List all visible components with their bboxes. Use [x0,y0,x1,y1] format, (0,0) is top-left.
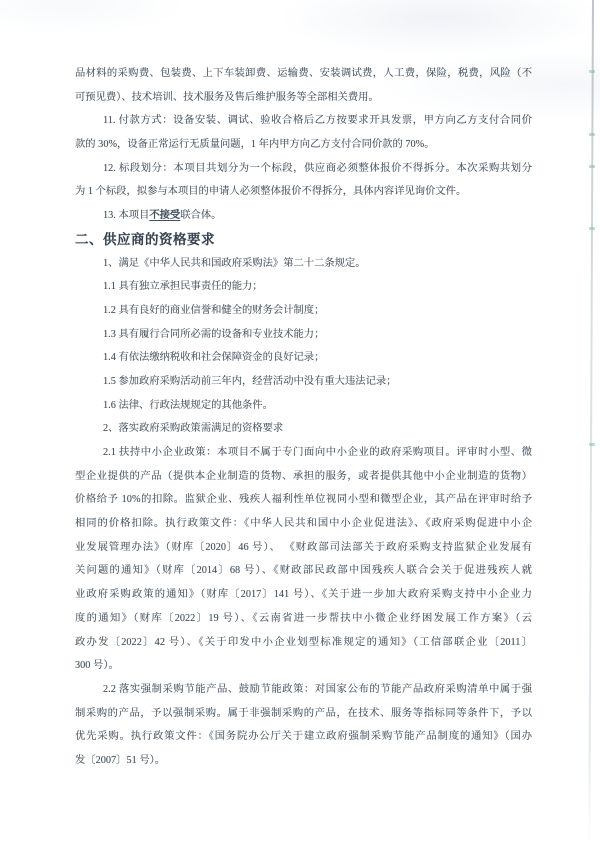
scan-tick-mark [589,165,595,168]
document-line: 制采购的产品，予以强制采购。属于非强制采购的产品，在技术、服务等指标同等条件下，… [75,702,532,726]
document-line: 300 号）。 [75,654,532,678]
document-line: 1.2 具有良好的商业信誉和健全的财务会计制度； [75,299,532,323]
document-line-sme-policy: 2.1 扶持中小企业政策：本项目不属于专门面向中小企业的政府采购项目。评审时小型… [75,441,532,465]
document-line-lot-division: 12. 标段划分：本项目共划分为一个标段，供应商必须整体报价不得拆分。本次采购共… [75,157,532,181]
document-line: 1、满足《中华人民共和国政府采购法》第二十二条规定。 [75,252,532,276]
clause-suffix: 联合体。 [180,210,221,221]
scan-tick-mark [589,443,595,446]
document-line: 业政府采购政策的通知》（财库〔2017〕141 号）、《关于进一步加大政府采购支… [75,583,532,607]
document-line: 1.1 具有独立承担民事责任的能力； [75,275,532,299]
document-line: 1.4 有依法缴纳税收和社会保障资金的良好记录； [75,346,532,370]
document-line: 品材料的采购费、包装费、上下车装卸费、运输费、安装调试费，人工费，保险，税费，风… [75,62,532,86]
document-body: 品材料的采购费、包装费、上下车装卸费、运输费、安装调试费，人工费，保险，税费，风… [75,62,532,773]
document-line: 度的通知》（财库〔2022〕19 号）、《云南省进一步帮扶中小微企业纾困发展工作… [75,607,532,631]
scan-tick-mark [589,133,595,136]
clause-prefix: 13. 本项目 [103,210,149,221]
emphasis-underlined-text: 不接受 [149,210,180,221]
document-line-policy-requirements: 2、落实政府采购政策需满足的资格要求 [75,417,532,441]
document-line: 优先采购。执行政策文件：《国务院办公厅关于建立政府强制采购节能产品制度的通知》（… [75,725,532,749]
document-line: 相同的价格扣除。执行政策文件：《中华人民共和国中小企业促进法》、《政府采购促进中… [75,512,532,536]
scan-tick-mark [589,227,595,230]
document-line: 关问题的通知》（财库〔2014〕68 号）、《财政部民政部中国残疾人联合会关于促… [75,559,532,583]
document-line: 发〔2007〕51 号）。 [75,749,532,773]
document-line: 政办发〔2022〕42 号）、《关于印发中小企业划型标准规定的通知》（工信部联企… [75,631,532,655]
document-line: 可预见费）、技术培训、技术服务及售后维护服务等全部相关费用。 [75,86,532,110]
document-line: 业发展管理办法》（财库〔2020〕46 号）、 《财政部司法部关于政府采购支持监… [75,536,532,560]
document-line-energy-saving-policy: 2.2 落实强制采购节能产品、鼓励节能政策：对国家公布的节能产品政府采购清单中属… [75,678,532,702]
document-line: 1.3 具有履行合同所必需的设备和专业技术能力； [75,323,532,347]
document-line: 1.6 法律、行政法规规定的其他条件。 [75,394,532,418]
document-line: 1.5 参加政府采购活动前三年内，经营活动中没有重大违法记录； [75,370,532,394]
document-line-payment-terms: 11. 付款方式：设备安装、调试、验收合格后乙方按要求开具发票，甲方向乙方支付合… [75,109,532,133]
page-edge-scan-line [588,0,594,846]
document-line: 价格给予 10%的扣除。监狱企业、残疾人福利性单位视同小型和微型企业，其产品在评… [75,488,532,512]
scanned-document-page: 品材料的采购费、包装费、上下车装卸费、运输费、安装调试费，人工费，保险，税费，风… [0,0,600,850]
document-line: 型企业提供的产品（提供本企业制造的货物、承担的服务，或者提供其他中小企业制造的货… [75,465,532,489]
document-line-no-consortium: 13. 本项目不接受联合体。 [75,204,532,228]
document-line: 为 1 个标段，拟参与本项目的申请人必须整体报价不得拆分，具体内容详见询价文件。 [75,180,532,204]
scan-tick-mark [589,70,595,73]
section-heading-supplier-qualifications: 二、供应商的资格要求 [75,228,532,252]
document-line: 款的 30%，设备正常运行无质量问题，1 年内甲方向乙方支付合同价款的 70%。 [75,133,532,157]
